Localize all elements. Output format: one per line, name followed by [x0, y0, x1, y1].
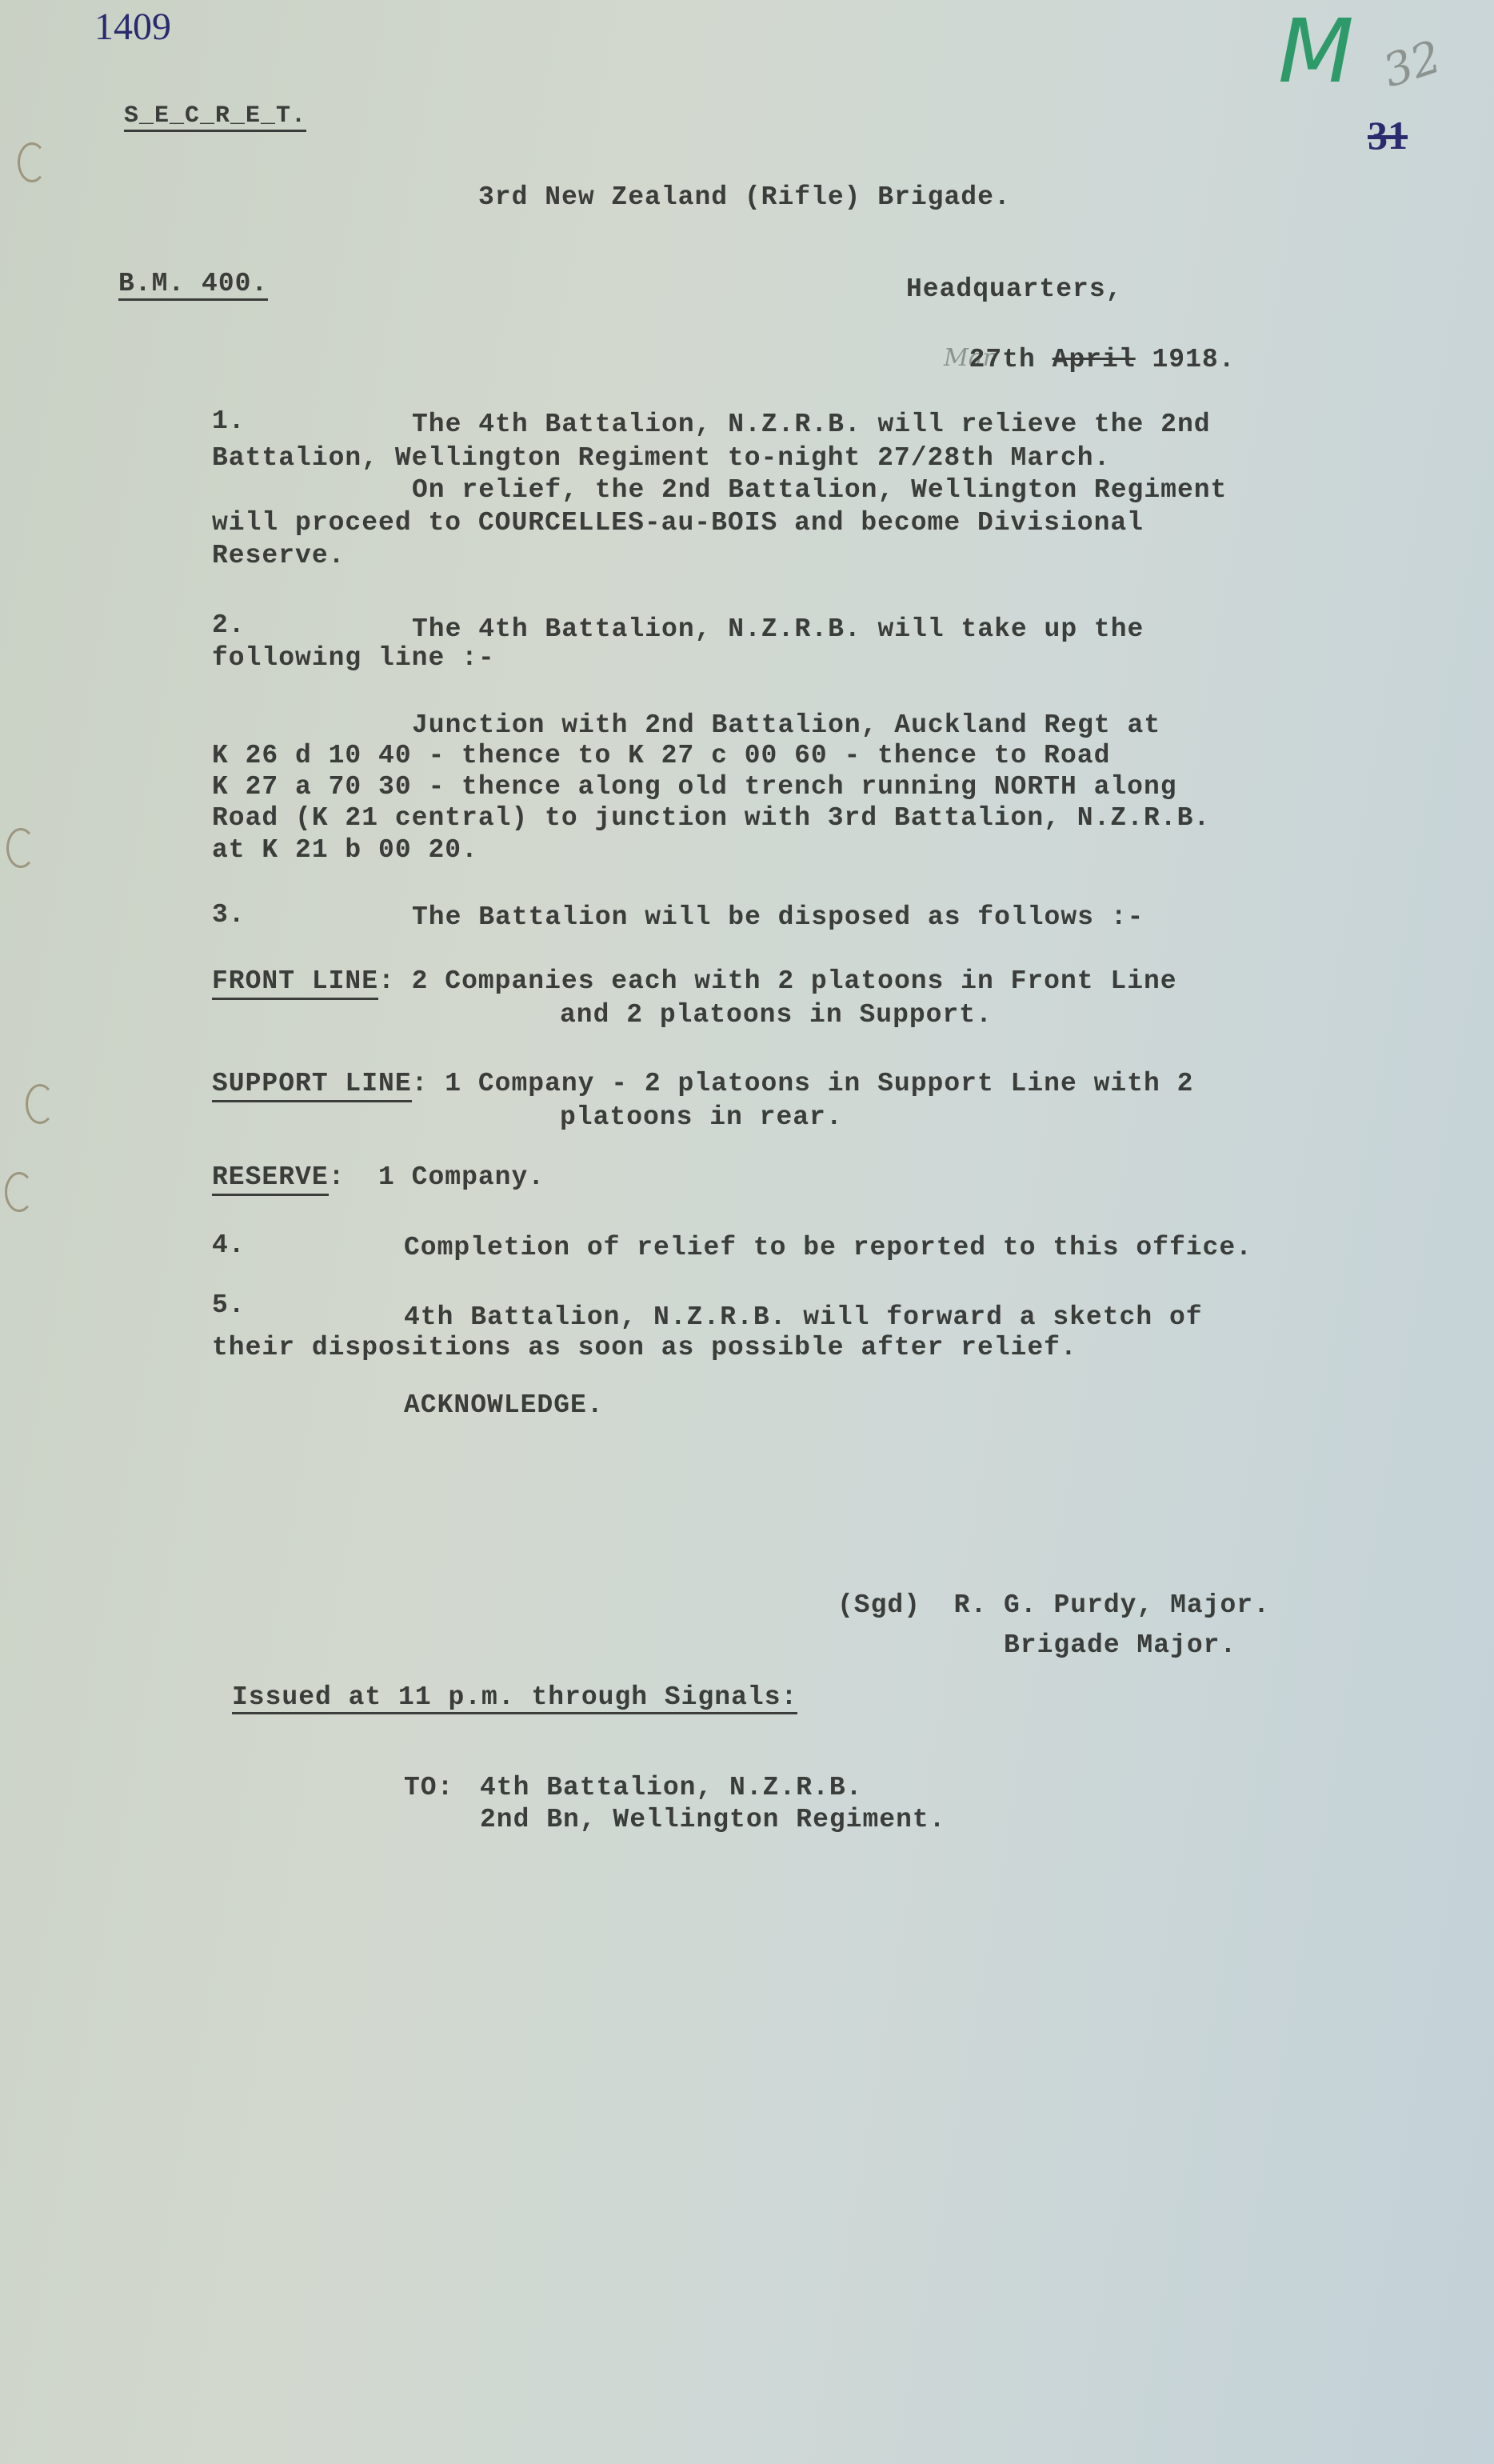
- para-2-subline: K 26 d 10 40 - thence to K 27 c 00 60 - …: [212, 742, 1110, 769]
- date-day: 27th: [969, 345, 1036, 374]
- date-year: 1918.: [1152, 345, 1235, 374]
- folio-old: 31: [1368, 112, 1408, 158]
- folio-letter: M: [1278, 0, 1354, 102]
- para-3-line: The Battalion will be disposed as follow…: [412, 904, 1144, 930]
- disposition-label: FRONT LINE: [212, 966, 378, 1000]
- para-1-line: Reserve.: [212, 542, 345, 569]
- disposition-label: SUPPORT LINE: [212, 1069, 412, 1102]
- punch-hole: [5, 1172, 34, 1212]
- para-2-subline: Junction with 2nd Battalion, Auckland Re…: [412, 712, 1160, 738]
- para-2-line: The 4th Battalion, N.Z.R.B. will take up…: [412, 616, 1144, 642]
- disposition-label: RESERVE: [212, 1162, 329, 1196]
- punch-hole: [18, 142, 46, 182]
- folio-new: 32: [1377, 31, 1448, 98]
- para-1-number: 1.: [212, 408, 246, 434]
- location: Headquarters,: [906, 276, 1122, 302]
- disposition-text: 2 Companies each with 2 platoons in Fron…: [412, 966, 1177, 996]
- disposition-text: 1 Company - 2 platoons in Support Line w…: [445, 1069, 1193, 1098]
- para-4-text: Completion of relief to be reported to t…: [404, 1234, 1252, 1261]
- para-1-line: On relief, the 2nd Battalion, Wellington…: [412, 477, 1227, 503]
- para-5-line: 4th Battalion, N.Z.R.B. will forward a s…: [404, 1304, 1203, 1330]
- unit-title: 3rd New Zealand (Rifle) Brigade.: [478, 184, 1011, 210]
- disposition-reserve: RESERVE: 1 Company.: [212, 1164, 545, 1190]
- to-label: TO:: [404, 1774, 453, 1801]
- para-4-number: 4.: [212, 1232, 246, 1258]
- para-2-subline: at K 21 b 00 20.: [212, 837, 478, 863]
- reference: B.M. 400.: [118, 270, 268, 301]
- signatory-title: Brigade Major.: [1004, 1632, 1236, 1658]
- disposition-front-line: FRONT LINE: 2 Companies each with 2 plat…: [212, 968, 1177, 994]
- punch-hole: [26, 1084, 54, 1124]
- para-5-number: 5.: [212, 1292, 246, 1318]
- para-3-number: 3.: [212, 902, 246, 928]
- para-1-line: will proceed to COURCELLES-au-BOIS and b…: [212, 510, 1144, 536]
- date-month-struck: April: [1053, 345, 1136, 374]
- stamp-number: 1409: [94, 5, 171, 49]
- classification: S_E_C_R_E_T.: [124, 104, 306, 132]
- date-line: 27th April 1918.: [936, 320, 1236, 373]
- para-2-subline: K 27 a 70 30 - thence along old trench r…: [212, 774, 1177, 800]
- para-2-subline: Road (K 21 central) to junction with 3rd…: [212, 805, 1210, 831]
- para-1-line: Battalion, Wellington Regiment to-night …: [212, 445, 1110, 471]
- acknowledge: ACKNOWLEDGE.: [404, 1392, 604, 1418]
- disposition-text: 1 Company.: [378, 1162, 545, 1192]
- para-5-line: their dispositions as soon as possible a…: [212, 1334, 1077, 1361]
- disposition-continuation: platoons in rear.: [560, 1104, 843, 1130]
- signatory-name: R. G. Purdy, Major.: [954, 1590, 1270, 1620]
- disposition-support-line: SUPPORT LINE: 1 Company - 2 platoons in …: [212, 1070, 1193, 1097]
- para-2-line: following line :-: [212, 645, 495, 671]
- signed-prefix: (Sgd): [837, 1590, 921, 1620]
- disposition-continuation: and 2 platoons in Support.: [560, 1002, 993, 1028]
- signature-line: (Sgd) R. G. Purdy, Major.: [837, 1592, 1270, 1618]
- para-1-line: The 4th Battalion, N.Z.R.B. will relieve…: [412, 411, 1211, 438]
- punch-hole: [6, 828, 35, 868]
- para-2-number: 2.: [212, 612, 246, 638]
- issued-heading: Issued at 11 p.m. through Signals:: [232, 1684, 797, 1714]
- recipient: 4th Battalion, N.Z.R.B.: [480, 1774, 862, 1801]
- recipient: 2nd Bn, Wellington Regiment.: [480, 1806, 946, 1833]
